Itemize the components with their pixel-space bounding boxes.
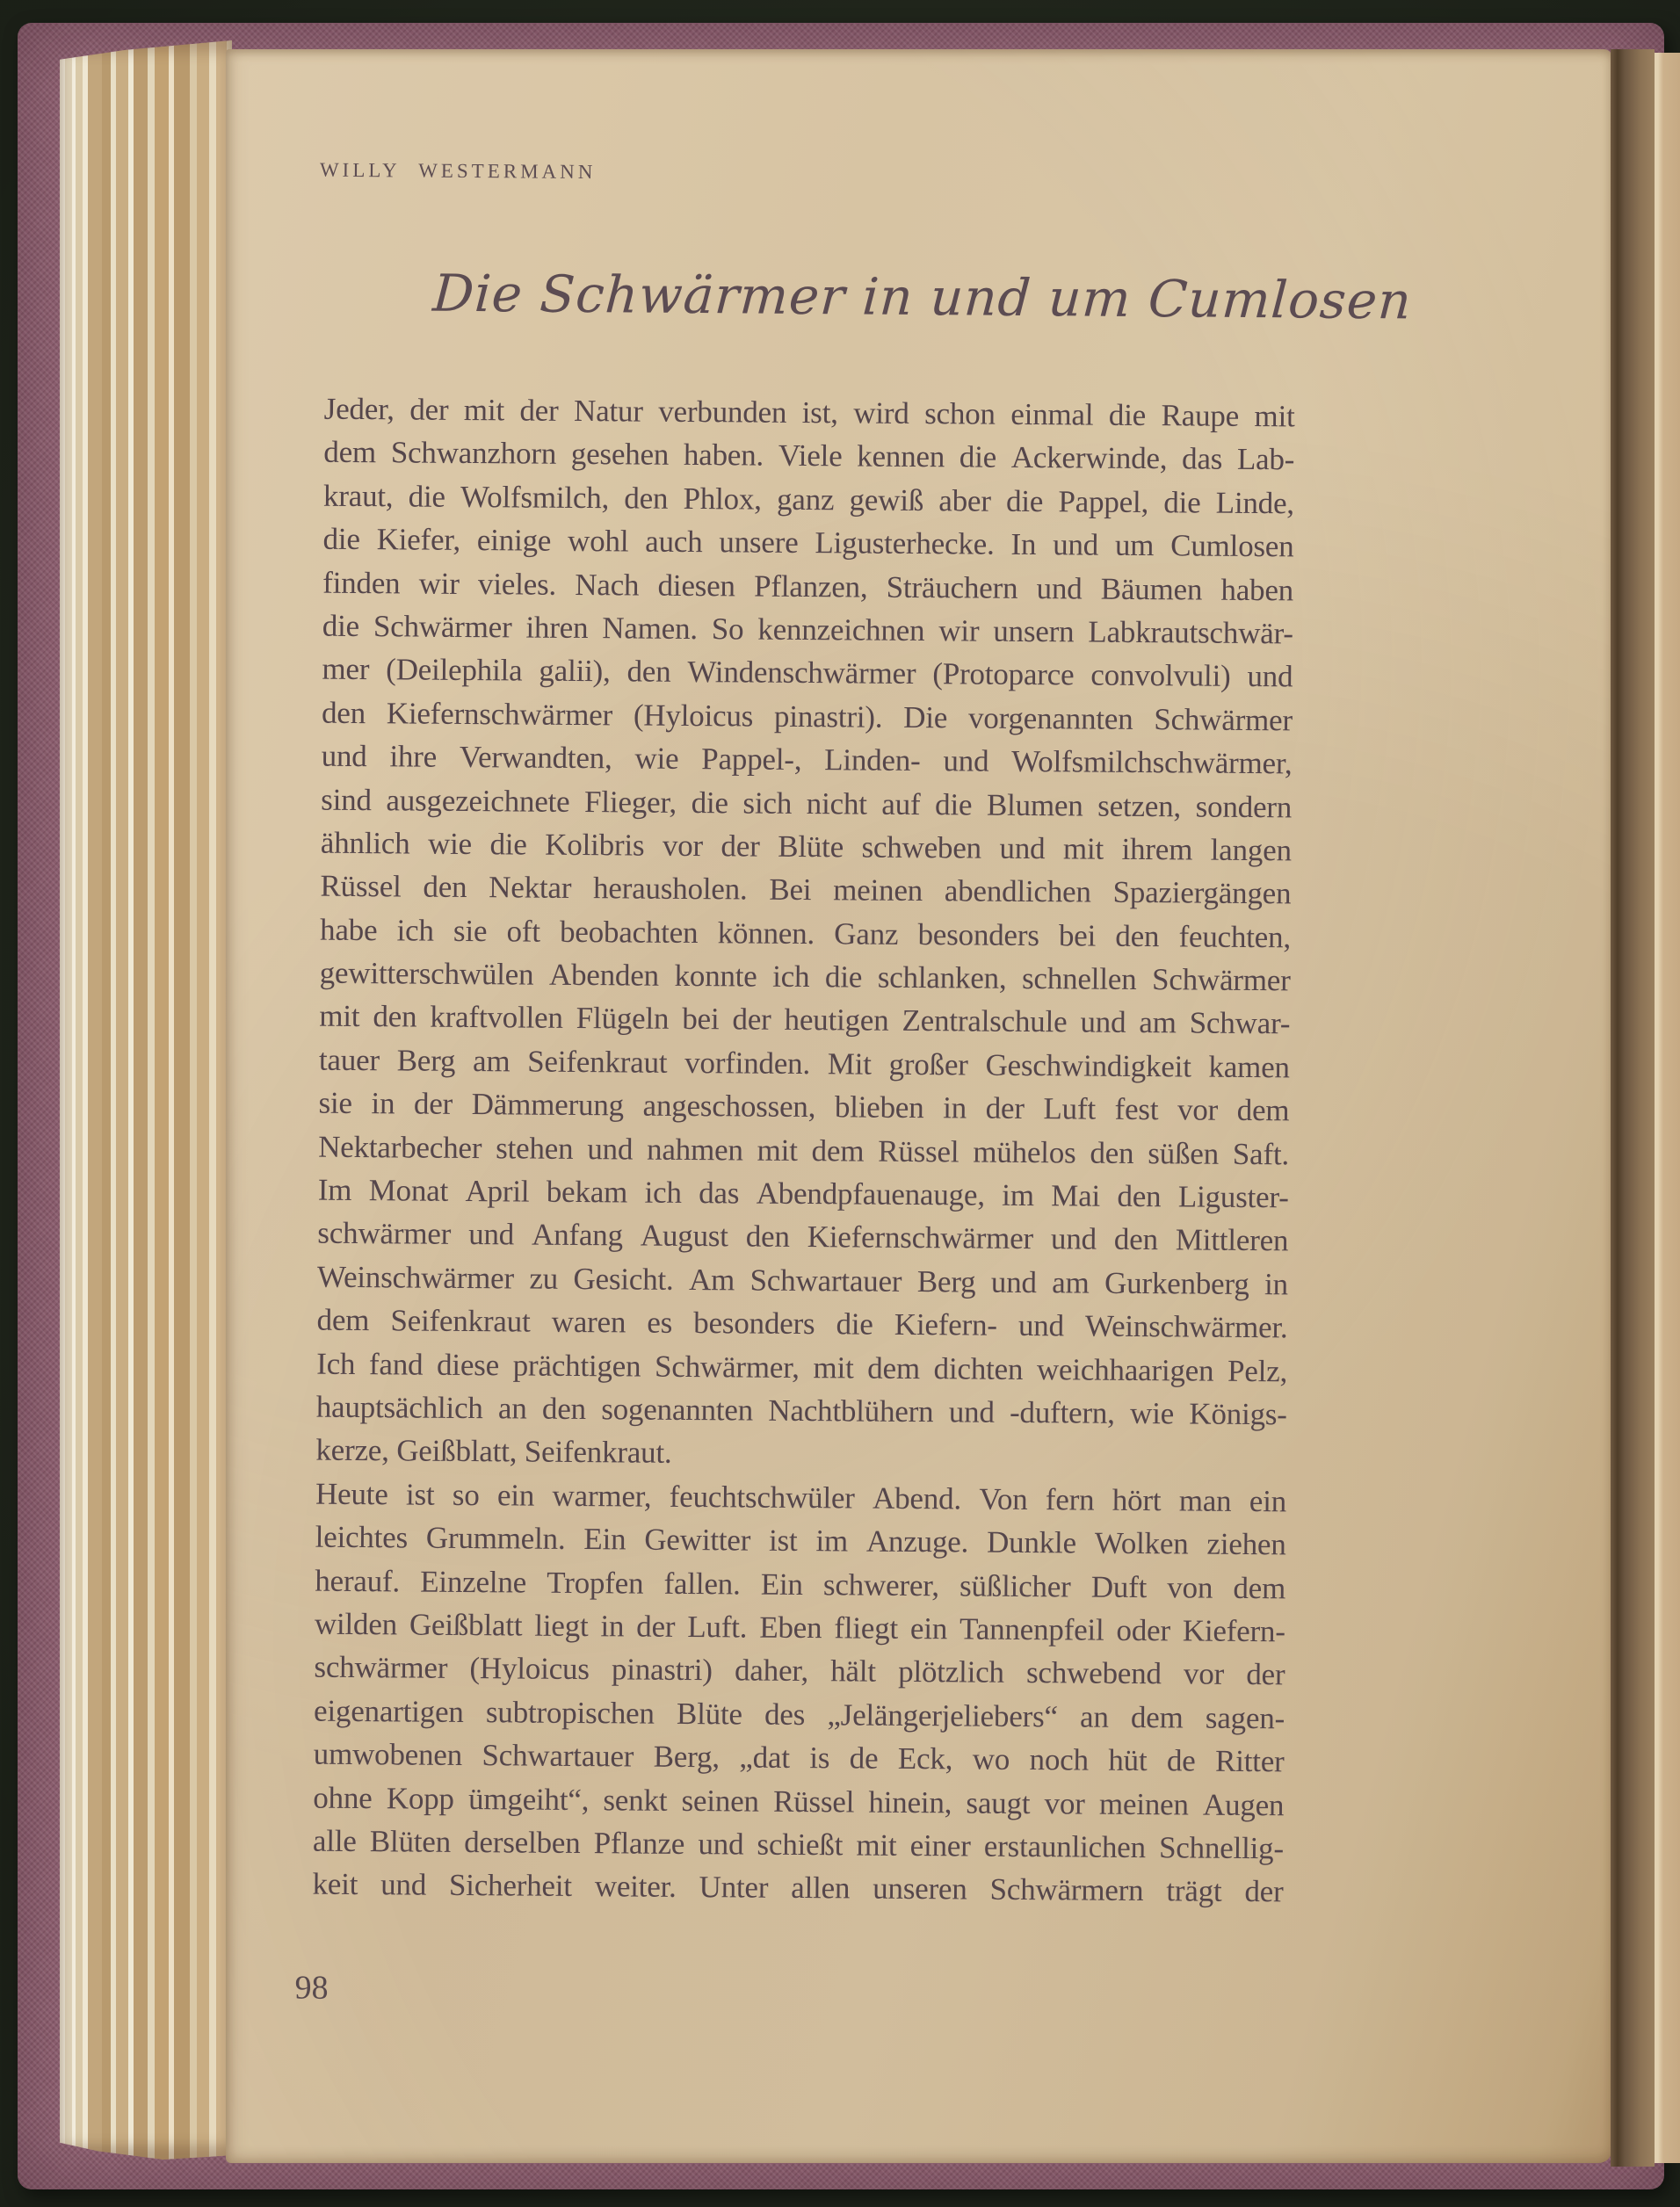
page-fore-edge-stack: [60, 40, 232, 2160]
text-line: findenwirvieles.NachdiesenPflanzen,Sträu…: [322, 561, 1293, 611]
text-line: herauf.EinzelneTropfenfallen.Einschwerer…: [315, 1559, 1285, 1610]
text-line: kerze, Geißblatt, Seifenkraut.: [315, 1429, 1286, 1480]
text-line: hauptsächlichandensogenanntenNachtblüher…: [316, 1386, 1287, 1436]
text-line: WeinschwärmerzuGesicht.AmSchwartauerBerg…: [317, 1255, 1288, 1306]
text-line: Heuteistsoeinwarmer,feuchtschwülerAbend.…: [315, 1472, 1286, 1523]
book-photo-background: WILLY WESTERMANN Die Schwärmer in und um…: [0, 0, 1680, 2207]
text-line: keitundSicherheitweiter.Unterallenunsere…: [312, 1863, 1283, 1914]
text-line: dieKiefer,einigewohlauchunsereLigusterhe…: [322, 517, 1293, 568]
text-line: kraut,dieWolfsmilch,denPhlox,ganzgewißab…: [323, 474, 1294, 525]
text-line: ohneKoppümgeiht“,senktseinenRüsselhinein…: [313, 1776, 1284, 1827]
gutter-shadow: [1611, 49, 1655, 2167]
text-line: alleBlütenderselbenPflanzeundschießtmite…: [313, 1820, 1284, 1871]
text-line: demSeifenkrautwarenesbesondersdieKiefern…: [316, 1299, 1287, 1350]
text-line: NektarbecherstehenundnahmenmitdemRüsselm…: [318, 1125, 1289, 1176]
text-line: Jeder,dermitderNaturverbundenist,wirdsch…: [324, 387, 1295, 438]
text-line: ImMonatAprilbekamichdasAbendpfauenauge,i…: [318, 1169, 1289, 1219]
printed-content: WILLY WESTERMANN Die Schwärmer in und um…: [209, 44, 1612, 2168]
page-number: 98: [294, 1968, 328, 2007]
text-line: demSchwanzhorngesehenhaben.Vielekennendi…: [323, 431, 1294, 481]
text-line: dieSchwärmerihrenNamen.Sokennzeichnenwir…: [322, 604, 1293, 655]
text-line: RüsseldenNektarherausholen.Beimeinenaben…: [320, 865, 1291, 915]
text-line: sindausgezeichneteFlieger,diesichnichtau…: [321, 778, 1292, 829]
text-line: schwärmer(Hyloicuspinastri)daher,hältplö…: [314, 1646, 1285, 1697]
text-line: eigenartigensubtropischenBlütedes„Jeläng…: [314, 1689, 1285, 1740]
text-line: tauerBergamSeifenkrautvorfinden.Mitgroße…: [319, 1038, 1290, 1089]
body-text: Jeder,dermitderNaturverbundenist,wirdsch…: [312, 387, 1295, 1914]
text-line: IchfanddieseprächtigenSchwärmer,mitdemdi…: [316, 1342, 1287, 1393]
text-line: mitdenkraftvollenFlügelnbeiderheutigenZe…: [319, 995, 1290, 1046]
text-line: denKiefernschwärmer(Hyloicuspinastri).Di…: [322, 691, 1293, 742]
text-line: ähnlichwiedieKolibrisvorderBlüteschweben…: [321, 821, 1292, 872]
text-line: leichtesGrummeln.EinGewitteristimAnzuge.…: [315, 1516, 1285, 1567]
author-heading: WILLY WESTERMANN: [320, 159, 597, 184]
text-line: mer(Deilephilagalii),denWindenschwärmer(…: [322, 648, 1293, 698]
text-line: habeichsieoftbeobachtenkönnen.Ganzbesond…: [320, 908, 1291, 959]
text-line: umwobenenSchwartauerBerg,„datisdeEck,won…: [314, 1733, 1285, 1784]
text-line: schwärmerundAnfangAugustdenKiefernschwär…: [317, 1212, 1288, 1263]
chapter-title: Die Schwärmer in und um Cumlosen: [431, 264, 1401, 331]
text-line: sieinderDämmerungangeschossen,bliebenind…: [318, 1082, 1289, 1132]
facing-page-edge: [1655, 53, 1680, 2163]
text-line: undihreVerwandten,wiePappel-,Linden-undW…: [321, 734, 1292, 785]
text-line: wildenGeißblattliegtinderLuft.Ebenfliegt…: [315, 1603, 1285, 1653]
text-line: gewitterschwülenAbendenkonnteichdieschla…: [320, 952, 1291, 1002]
